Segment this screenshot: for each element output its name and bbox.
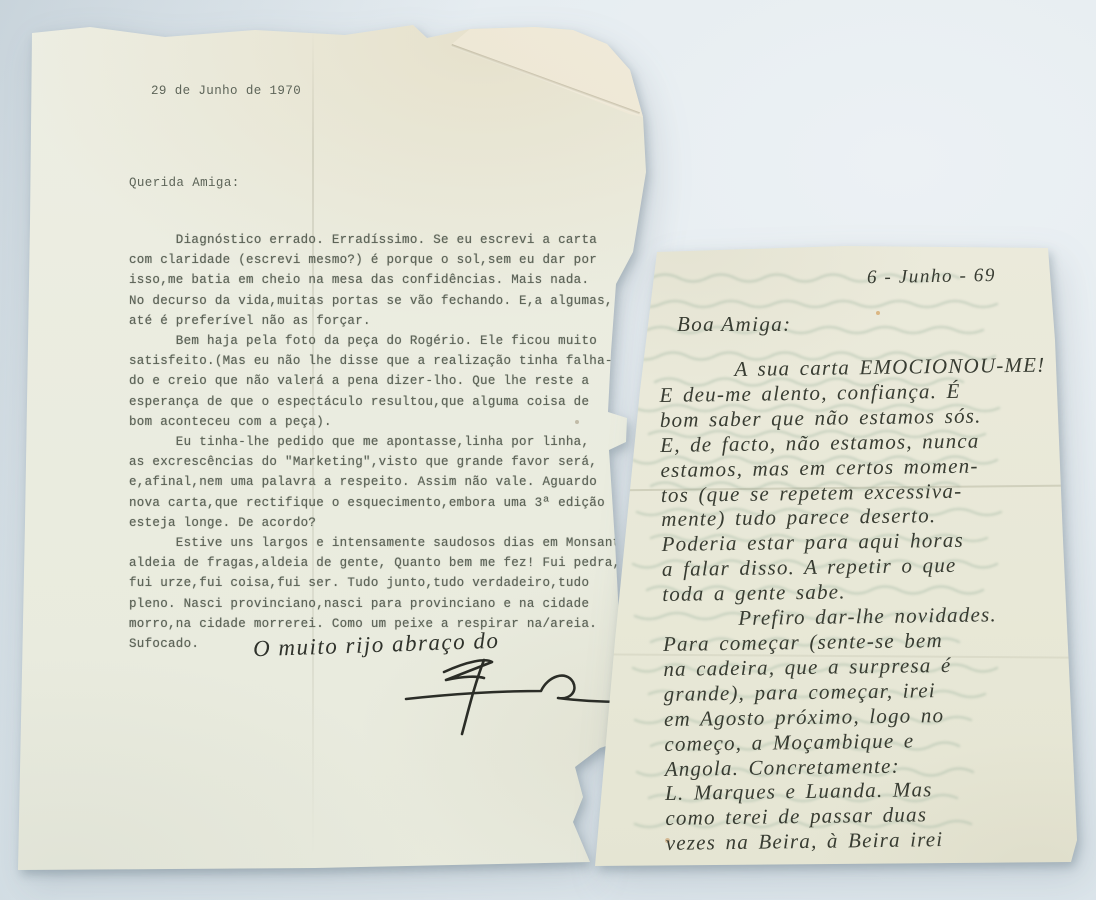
photo-background: 29 de Junho de 1970 Querida Amiga: Diagn… — [0, 0, 1096, 900]
typed-letter-body: Diagnóstico errado. Erradíssimo. Se eu e… — [129, 230, 636, 654]
handwritten-letter-paper: 6 - Junho - 69 Boa Amiga: A sua carta EM… — [585, 240, 1085, 872]
foxing-dot — [876, 311, 880, 315]
typed-letter-paper: 29 de Junho de 1970 Querida Amiga: Diagn… — [15, 22, 665, 870]
handwritten-letter-page: 6 - Junho - 69 Boa Amiga: A sua carta EM… — [585, 240, 1085, 872]
handwritten-letter-body: A sua carta EMOCIONOU-ME! E deu-me alent… — [659, 353, 1052, 856]
typed-letter-page: 29 de Junho de 1970 Querida Amiga: Diagn… — [15, 22, 665, 870]
typed-letter-salutation: Querida Amiga: — [129, 176, 240, 190]
handwritten-letter-salutation: Boa Amiga: — [677, 312, 792, 337]
handwritten-letter-date: 6 - Junho - 69 — [867, 265, 996, 289]
typed-letter-date: 29 de Junho de 1970 — [151, 84, 301, 98]
